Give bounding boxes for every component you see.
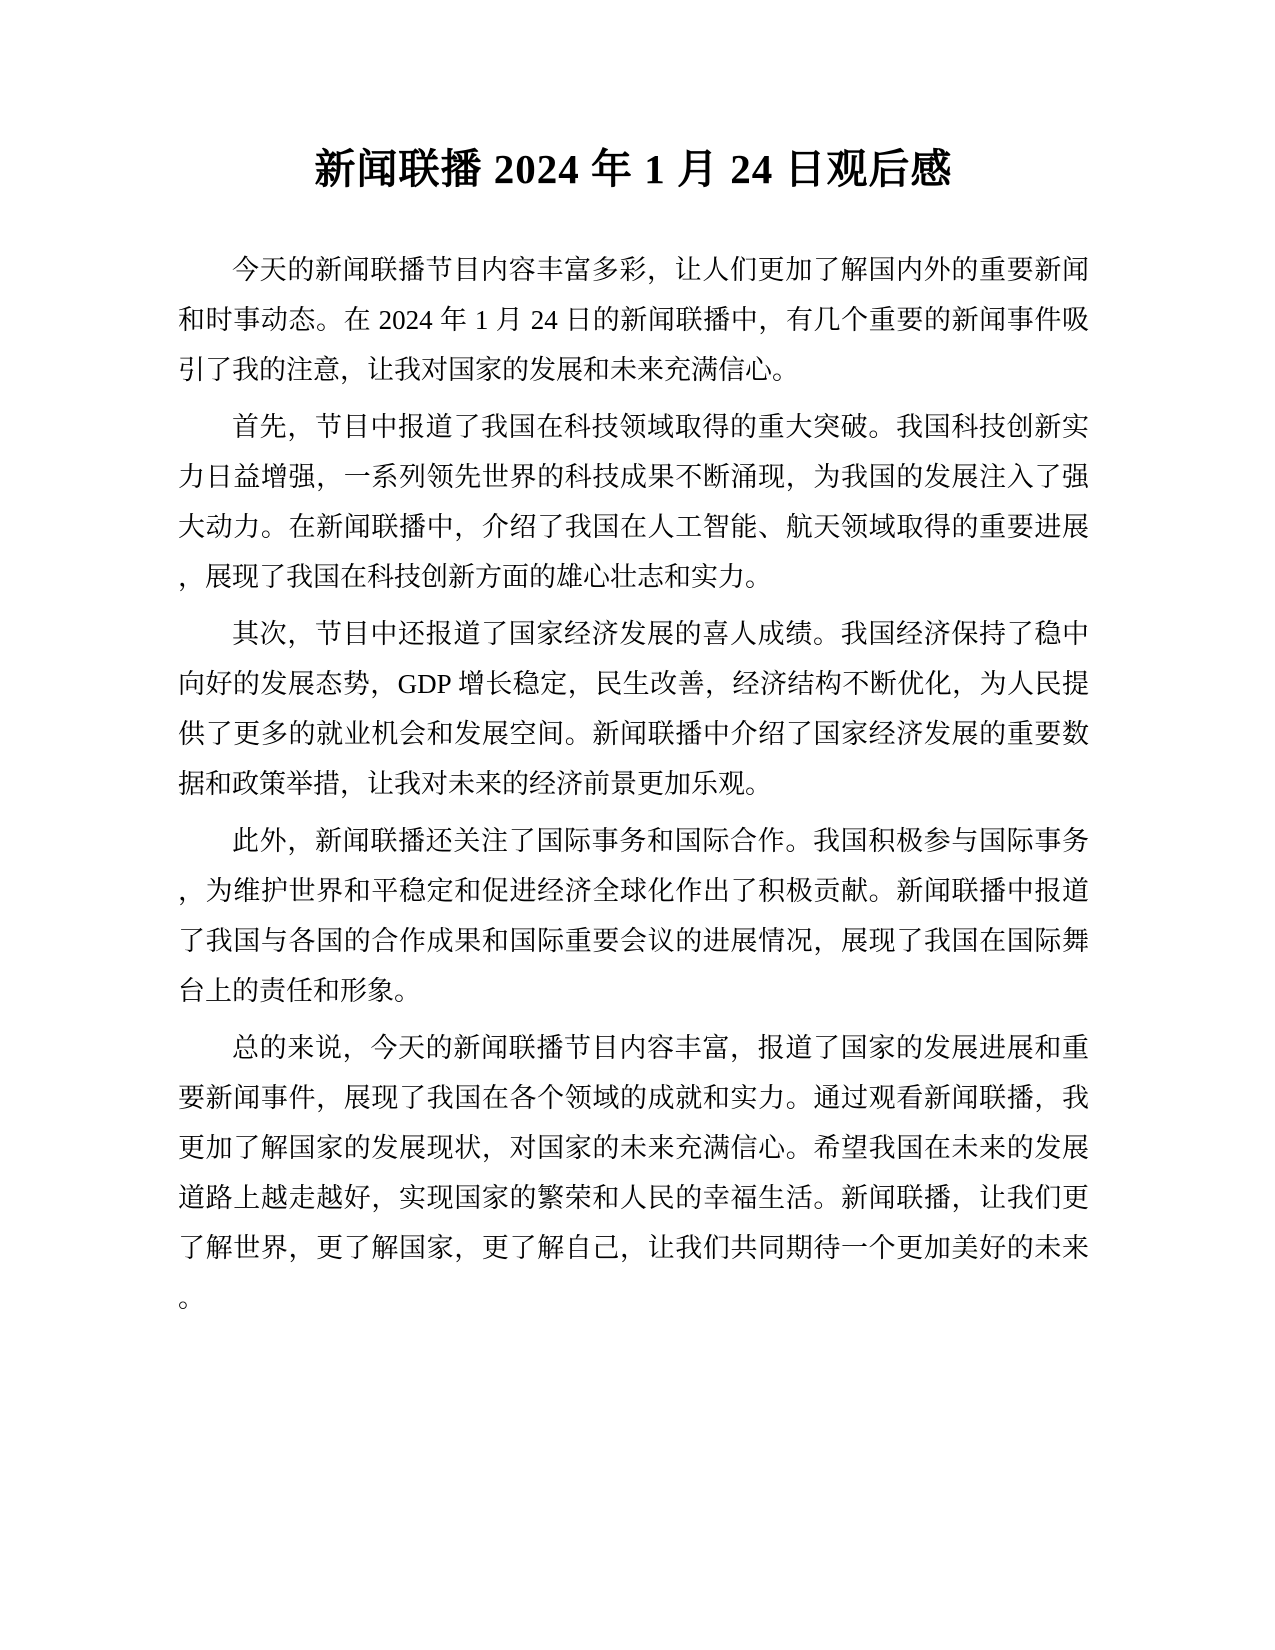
paragraph-international: 此外，新闻联播还关注了国际事务和国际合作。我国积极参与国际事务，为维护世界和平稳… bbox=[178, 816, 1089, 1016]
paragraph-economy: 其次，节目中还报道了国家经济发展的喜人成绩。我国经济保持了稳中向好的发展态势，G… bbox=[178, 609, 1089, 809]
paragraph-intro: 今天的新闻联播节目内容丰富多彩，让人们更加了解国内外的重要新闻和时事动态。在 2… bbox=[178, 245, 1089, 395]
paragraph-technology: 首先，节目中报道了我国在科技领域取得的重大突破。我国科技创新实力日益增强，一系列… bbox=[178, 402, 1089, 602]
document-title: 新闻联播 2024 年 1 月 24 日观后感 bbox=[178, 140, 1089, 199]
paragraph-conclusion: 总的来说，今天的新闻联播节目内容丰富，报道了国家的发展进展和重要新闻事件，展现了… bbox=[178, 1023, 1089, 1323]
document-content: 新闻联播 2024 年 1 月 24 日观后感 今天的新闻联播节目内容丰富多彩，… bbox=[0, 0, 1275, 1323]
document-page: 新闻联播 2024 年 1 月 24 日观后感 今天的新闻联播节目内容丰富多彩，… bbox=[0, 0, 1275, 1650]
